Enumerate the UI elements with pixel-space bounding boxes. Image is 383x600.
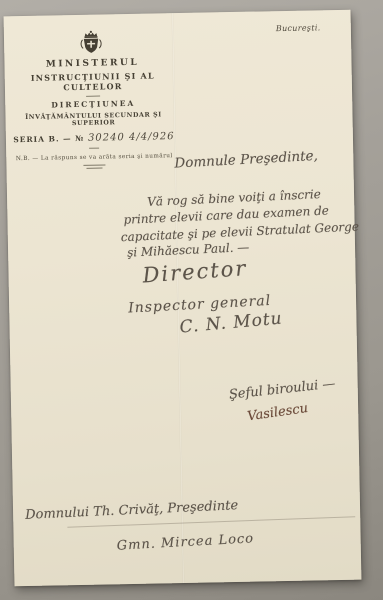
director-title: Director [142,256,248,287]
ministry-name-line2: INSTRUCŢIUNII ŞI AL CULTELOR [7,70,179,93]
salutation: Domnule Preşedinte, [174,148,318,172]
addressee-institution: Gmn. Mircea Loco [116,531,254,553]
coat-of-arms-icon [78,29,104,55]
division-name: DIRECŢIUNEA [7,98,179,110]
series-row: SERIA B. — № 30240 4/4/926 [8,131,180,145]
bureau-chief-title: Şeful biroului — [228,376,336,402]
letter-paper: MINISTERUL INSTRUCŢIUNII ŞI AL CULTELOR … [4,10,362,587]
ministry-name-line1: MINISTERUL [6,57,178,70]
series-number-handwritten: 30240 4/4/926 [88,131,175,144]
ornament-rule [83,164,105,165]
letterhead-block: MINISTERUL INSTRUCŢIUNII ŞI AL CULTELOR … [6,57,180,171]
letterhead-note: N.B. — La răspuns se va arăta seria şi n… [8,153,180,162]
ornament-divider [89,148,99,149]
bureau-chief-signature: Vasilescu [246,401,308,424]
addressee-line: Domnului Th. Crivăţ, Preşedinte [25,498,239,523]
photo-background: MINISTERUL INSTRUCŢIUNII ŞI AL CULTELOR … [0,0,383,600]
location-label: Bucureşti. [276,23,321,33]
ornament-divider [86,96,100,97]
ornament-rule [86,168,102,170]
department-name: ÎNVĂŢĂMÂNTULUI SECUNDAR ŞI SUPERIOR [7,111,179,128]
series-label: SERIA B. — № [13,134,84,144]
